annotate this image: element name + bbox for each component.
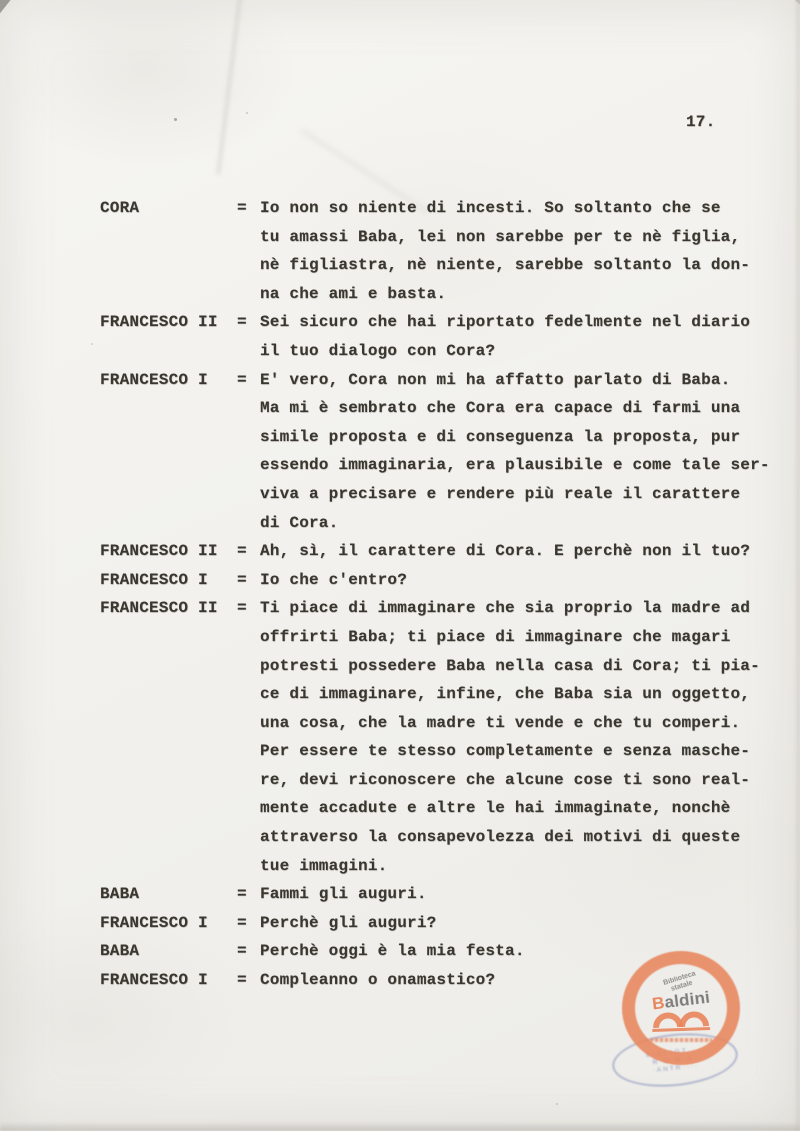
dialogue-line: potresti possedere Baba nella casa di Co… — [260, 652, 772, 681]
equals-separator: = — [237, 366, 260, 395]
dialogue-line: una cosa, che la madre ti vende e che tu… — [260, 709, 772, 738]
scanned-page: 17. CORA=Io non so niente di incesti. So… — [0, 0, 800, 1131]
dialogue: CORA=Io non so niente di incesti. So sol… — [100, 194, 772, 995]
scan-edge — [794, 0, 800, 1131]
page-number: 17. — [686, 108, 715, 137]
dialogue-line: na che ami e basta. — [260, 280, 772, 309]
dialogue-line: attraverso la consapevolezza dei motivi … — [260, 823, 772, 852]
dialogue-lines: Fammi gli auguri. — [260, 880, 772, 909]
dialogue-line: tue immagini. — [260, 852, 772, 881]
dialogue-line: Perchè gli auguri? — [260, 909, 772, 938]
equals-separator: = — [237, 308, 260, 337]
dialogue-line: viva a precisare e rendere più reale il … — [260, 480, 772, 509]
dialogue-line: re, devi riconoscere che alcune cose ti … — [260, 766, 772, 795]
ink-speck — [91, 343, 93, 345]
dialogue-line: nè figliastra, nè niente, sarebbe soltan… — [260, 251, 772, 280]
speaker-name: BABA — [100, 880, 237, 909]
stamp-content: Biblioteca statale Baldini — [635, 964, 727, 1052]
equals-separator: = — [237, 937, 260, 966]
dialogue-lines: Io non so niente di incesti. So soltanto… — [260, 194, 772, 308]
equals-separator: = — [237, 594, 260, 623]
dialogue-line: Ah, sì, il carattere di Cora. E perchè n… — [260, 537, 772, 566]
equals-separator: = — [237, 537, 260, 566]
speaker-name: FRANCESCO II — [100, 537, 237, 566]
ink-speck — [174, 118, 177, 121]
dialogue-entry: BABA=Fammi gli auguri. — [100, 880, 772, 909]
dialogue-entry: FRANCESCO I=Io che c'entro? — [100, 566, 772, 595]
speaker-name: CORA — [100, 194, 237, 223]
equals-separator: = — [237, 194, 260, 223]
scan-edge — [0, 1122, 800, 1131]
dialogue-line: Sei sicuro che hai riportato fedelmente … — [260, 308, 772, 337]
speaker-name: BABA — [100, 937, 237, 966]
dialogue-lines: Ti piace di immaginare che sia proprio l… — [260, 594, 772, 880]
dialogue-entry: FRANCESCO I=E' vero, Cora non mi ha affa… — [100, 366, 772, 538]
dialogue-line: essendo immaginaria, era plausibile e co… — [260, 451, 772, 480]
equals-separator: = — [237, 880, 260, 909]
scan-corner-mark — [0, 0, 13, 17]
dialogue-entry: FRANCESCO II=Ti piace di immaginare che … — [100, 594, 772, 880]
dialogue-lines: Ah, sì, il carattere di Cora. E perchè n… — [260, 537, 772, 566]
dialogue-line: offrirti Baba; ti piace di immaginare ch… — [260, 623, 772, 652]
speaker-name: FRANCESCO I — [100, 966, 237, 995]
dialogue-line: Io non so niente di incesti. So soltanto… — [260, 194, 772, 223]
dialogue-lines: Sei sicuro che hai riportato fedelmente … — [260, 308, 772, 365]
paper-crease — [217, 0, 243, 174]
speaker-name: FRANCESCO II — [100, 308, 237, 337]
dialogue-line: Ma mi è sembrato che Cora era capace di … — [260, 394, 772, 423]
dialogue-line: Io che c'entro? — [260, 566, 772, 595]
dialogue-line: E' vero, Cora non mi ha affatto parlato … — [260, 366, 772, 395]
dialogue-lines: Perchè gli auguri? — [260, 909, 772, 938]
speaker-name: FRANCESCO II — [100, 594, 237, 623]
dialogue-line: simile proposta e di conseguenza la prop… — [260, 423, 772, 452]
dialogue-lines: E' vero, Cora non mi ha affatto parlato … — [260, 366, 772, 538]
dialogue-line: il tuo dialogo con Cora? — [260, 337, 772, 366]
ink-speck — [246, 112, 248, 114]
speaker-name: FRANCESCO I — [100, 366, 237, 395]
dialogue-lines: Io che c'entro? — [260, 566, 772, 595]
dialogue-line: tu amassi Baba, lei non sarebbe per te n… — [260, 223, 772, 252]
speaker-name: FRANCESCO I — [100, 909, 237, 938]
dialogue-line: di Cora. — [260, 509, 772, 538]
dialogue-line: ce di immaginare, infine, che Baba sia u… — [260, 680, 772, 709]
dialogue-line: Per essere te stesso completamente e sen… — [260, 737, 772, 766]
stamp-footer-illegible-text — [650, 1038, 712, 1042]
ink-speck — [556, 1103, 558, 1105]
dialogue-line: Ti piace di immaginare che sia proprio l… — [260, 594, 772, 623]
dialogue-line: Fammi gli auguri. — [260, 880, 772, 909]
dialogue-line: mente accadute e altre le hai immaginate… — [260, 794, 772, 823]
dialogue-entry: FRANCESCO I=Perchè gli auguri? — [100, 909, 772, 938]
open-book-icon — [652, 1009, 711, 1038]
equals-separator: = — [237, 566, 260, 595]
dialogue-entry: FRANCESCO II=Ah, sì, il carattere di Cor… — [100, 537, 772, 566]
equals-separator: = — [237, 966, 260, 995]
equals-separator: = — [237, 909, 260, 938]
speaker-name: FRANCESCO I — [100, 566, 237, 595]
library-logo-stamp: Biblioteca statale Baldini — [622, 951, 740, 1065]
dialogue-entry: CORA=Io non so niente di incesti. So sol… — [100, 194, 772, 308]
dialogue-entry: FRANCESCO II=Sei sicuro che hai riportat… — [100, 308, 772, 365]
